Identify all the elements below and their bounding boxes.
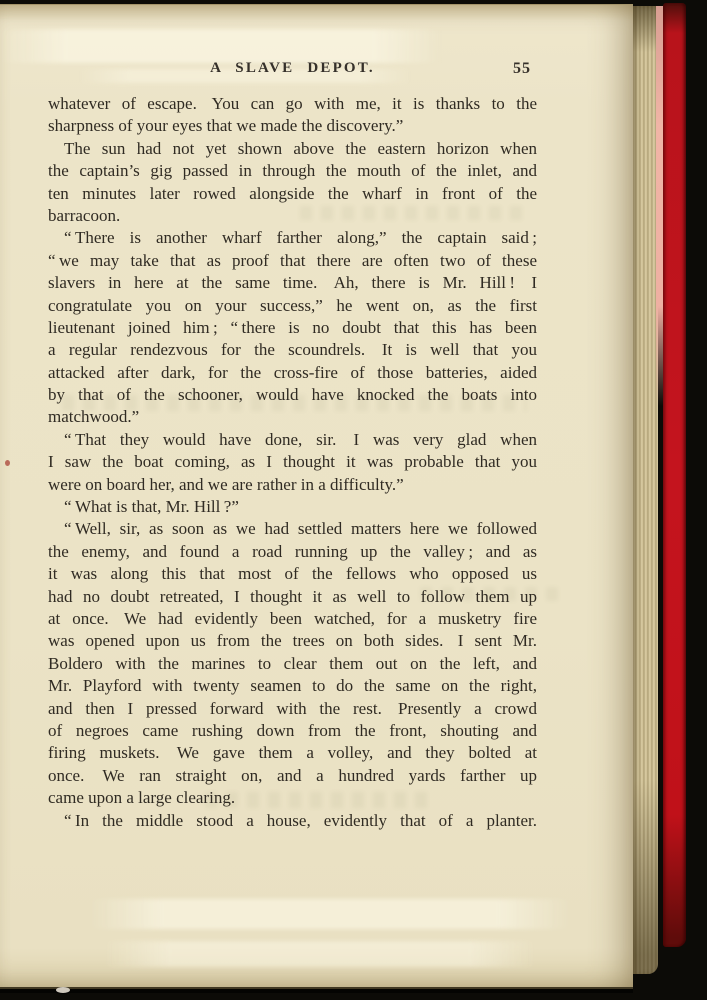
book-page: A SLAVE DEPOT. 55 whatever of escape. Yo… bbox=[0, 4, 633, 989]
text-line: at once. We had evidently been watched, … bbox=[48, 608, 537, 630]
text-line: Boldero with the marines to clear them o… bbox=[48, 653, 537, 675]
text-line: by that of the schooner, would have knoc… bbox=[48, 384, 537, 406]
running-title: A SLAVE DEPOT. bbox=[48, 60, 537, 77]
text-line: ten minutes later rowed alongside the wh… bbox=[48, 183, 537, 205]
text-line: slavers in here at the same time. Ah, th… bbox=[48, 272, 537, 294]
dust-speck bbox=[56, 987, 70, 993]
text-line: “ Well, sir, as soon as we had settled m… bbox=[48, 518, 537, 540]
text-line: congratulate you on your success,” he we… bbox=[48, 295, 537, 317]
text-line: and then I pressed forward with the rest… bbox=[48, 698, 537, 720]
text-line: matchwood.” bbox=[48, 406, 537, 428]
red-book-cover bbox=[663, 3, 686, 947]
text-line: whatever of escape. You can go with me, … bbox=[48, 93, 537, 115]
text-line: lieutenant joined him ; “ there is no do… bbox=[48, 317, 537, 339]
text-line: were on board her, and we are rather in … bbox=[48, 474, 537, 496]
text-line: had no doubt retreated, I thought it as … bbox=[48, 586, 537, 608]
text-line: “ What is that, Mr. Hill ?” bbox=[48, 496, 537, 518]
text-line: the captain’s gig passed in through the … bbox=[48, 160, 537, 182]
text-line: sharpness of your eyes that we made the … bbox=[48, 115, 537, 137]
text-line: was opened upon us from the trees on bot… bbox=[48, 630, 537, 652]
scan-streak bbox=[105, 941, 535, 967]
text-line: it was along this that most of the fello… bbox=[48, 563, 537, 585]
fore-edge-pages bbox=[633, 6, 658, 974]
page-number: 55 bbox=[513, 60, 531, 78]
text-line: “ There is another wharf farther along,”… bbox=[48, 227, 537, 249]
text-line: of negroes came rushing down from the fr… bbox=[48, 720, 537, 742]
text-line: Mr. Playford with twenty seamen to do th… bbox=[48, 675, 537, 697]
text-line: came upon a large clearing. bbox=[48, 787, 537, 809]
scan-streak bbox=[0, 29, 440, 63]
text-line: a regular rendezvous for the scoundrels.… bbox=[48, 339, 537, 361]
text-line: barracoon. bbox=[48, 205, 537, 227]
scan-streak bbox=[90, 899, 570, 929]
text-line: attacked after dark, for the cross-fire … bbox=[48, 362, 537, 384]
text-line: The sun had not yet shown above the east… bbox=[48, 138, 537, 160]
text-line: the enemy, and found a road running up t… bbox=[48, 541, 537, 563]
text-line: “ That they would have done, sir. I was … bbox=[48, 429, 537, 451]
text-block: whatever of escape. You can go with me, … bbox=[48, 93, 537, 832]
text-line: “ In the middle stood a house, evidently… bbox=[48, 810, 537, 832]
book-photo: A SLAVE DEPOT. 55 whatever of escape. Yo… bbox=[0, 0, 707, 1000]
page-header: A SLAVE DEPOT. 55 bbox=[48, 60, 537, 82]
ink-speck bbox=[5, 460, 10, 466]
text-line: firing muskets. We gave them a volley, a… bbox=[48, 742, 537, 764]
text-line: I saw the boat coming, as I thought it w… bbox=[48, 451, 537, 473]
text-line: once. We ran straight on, and a hundred … bbox=[48, 765, 537, 787]
text-line: “ we may take that as proof that there a… bbox=[48, 250, 537, 272]
